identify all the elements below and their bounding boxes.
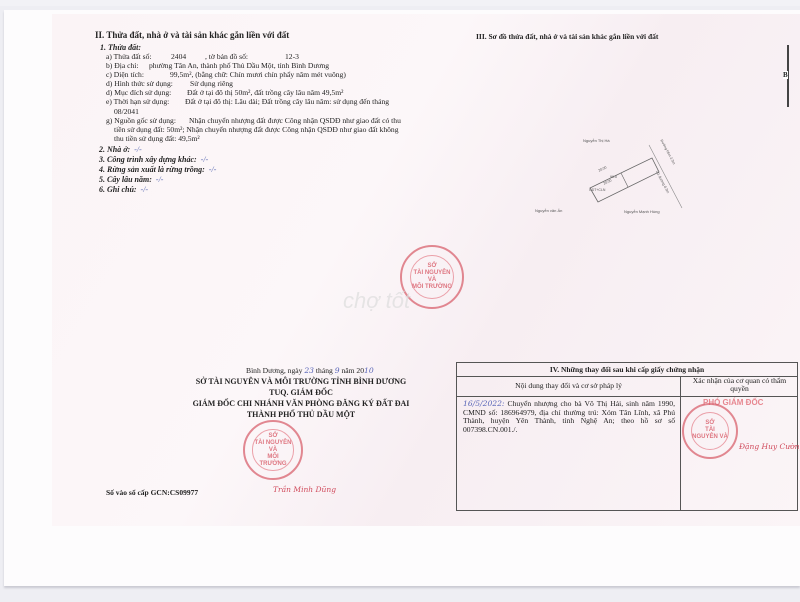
parcel-no: 2404 [171,52,186,61]
item-perennial: 5. Cây lâu năm:-/- [99,175,163,184]
map-no: 12-3 [285,52,299,61]
confirm-stamp: SỞ TÀI NGUYÊN VÀ [682,403,738,459]
section2-title: II. Thửa đất, nhà ở và tài sản khác gắn … [95,30,289,40]
origin-line3: thu tiền sử dụng đất: 49,5m² [114,134,200,143]
use-form-value: Sử dụng riêng [190,79,233,88]
parcel-label: a) Thửa đất số: [106,52,152,61]
col-content-header: Nội dung thay đổi và cơ sở pháp lý [457,381,680,390]
plot-area: 99.5 [610,175,617,179]
purpose-value: Đất ở tại đô thị 50m², đất trồng cây lâu… [187,88,343,97]
address-value: phường Tân An, thành phố Thủ Dầu Một, tỉ… [149,61,329,70]
issuing-org: SỞ TÀI NGUYÊN VÀ MÔI TRƯỜNG TỈNH BÌNH DƯ… [186,377,416,386]
top-bar [0,0,800,6]
use-form-label: d) Hình thức sử dụng: [106,79,173,88]
changes-table: IV. Những thay đổi sau khi cấp giấy chứn… [456,362,798,511]
neighbor-south: Nguyễn Mạnh Hùng [624,209,660,214]
land-heading: 1. Thửa đất: [100,43,141,52]
section3-title: III. Sơ đồ thửa đất, nhà ở và tài sản kh… [476,32,658,41]
tuq-title: TUQ. GIÁM ĐỐC [186,388,416,397]
item-notes: 6. Ghi chú:-/- [99,185,148,194]
plot-code: ODT+CLN [589,188,605,192]
term-label: e) Thời hạn sử dụng: [106,97,169,106]
place-date: Bình Dương, ngày 23 tháng 9 năm 2010 [246,366,374,375]
address-label: b) Địa chỉ: [106,61,138,70]
area-value: 99,5m², (bằng chữ: Chín mươi chín phẩy n… [170,70,346,79]
origin-line2: tiền sử dụng đất: 50m²; Nhận chuyển nhượ… [114,125,399,134]
confirm-signer: Đặng Huy Cường [739,442,800,451]
signer-name: Trần Minh Dũng [273,485,336,494]
watermark: chợ tốt [343,288,410,314]
neighbor-west: Nguyễn văn Ẩn [535,208,562,213]
neighbor-north: Nguyễn Thị Hà [583,138,610,143]
north-arrow-icon: B [787,45,789,107]
change-entry: 16/5/2022: Chuyển nhượng cho bà Võ Thị H… [463,400,675,434]
area-label: c) Diện tích: [106,70,144,79]
map-label: , tờ bản đồ số: [205,52,248,61]
origin-line1: Nhận chuyển nhượng đất được Công nhận QS… [189,116,401,125]
origin-label: g) Nguồn gốc sử dụng: [106,116,176,125]
item-forest: 4. Rừng sản xuất là rừng trồng:-/- [99,165,216,174]
item-house: 2. Nhà ở:-/- [99,145,142,154]
term-value: Đất ở tại đô thị: Lâu dài; Đất trồng cây… [185,97,389,106]
table-divider [680,376,681,510]
registry-number: Số vào sổ cấp GCN:CS09977 [106,488,198,497]
signer-title: GIÁM ĐỐC CHI NHÁNH VĂN PHÒNG ĐĂNG KÝ ĐẤT… [176,399,426,408]
table-title-row: IV. Những thay đổi sau khi cấp giấy chứn… [457,363,797,377]
signature-stamp: SỞ TÀI NGUYÊN VÀ MÔI TRƯỜNG [243,420,303,480]
col-confirm-header: Xác nhận của cơ quan có thẩm quyền [687,377,792,393]
item-construction: 3. Công trình xây dựng khác:-/- [99,155,208,164]
table-header-row: Nội dung thay đổi và cơ sở pháp lý Xác n… [457,376,797,397]
purpose-label: d) Mục đích sử dụng: [106,88,171,97]
term-cont: 08/2041 [114,107,139,116]
signer-city: THÀNH PHỐ THỦ DẦU MỘT [186,410,416,419]
